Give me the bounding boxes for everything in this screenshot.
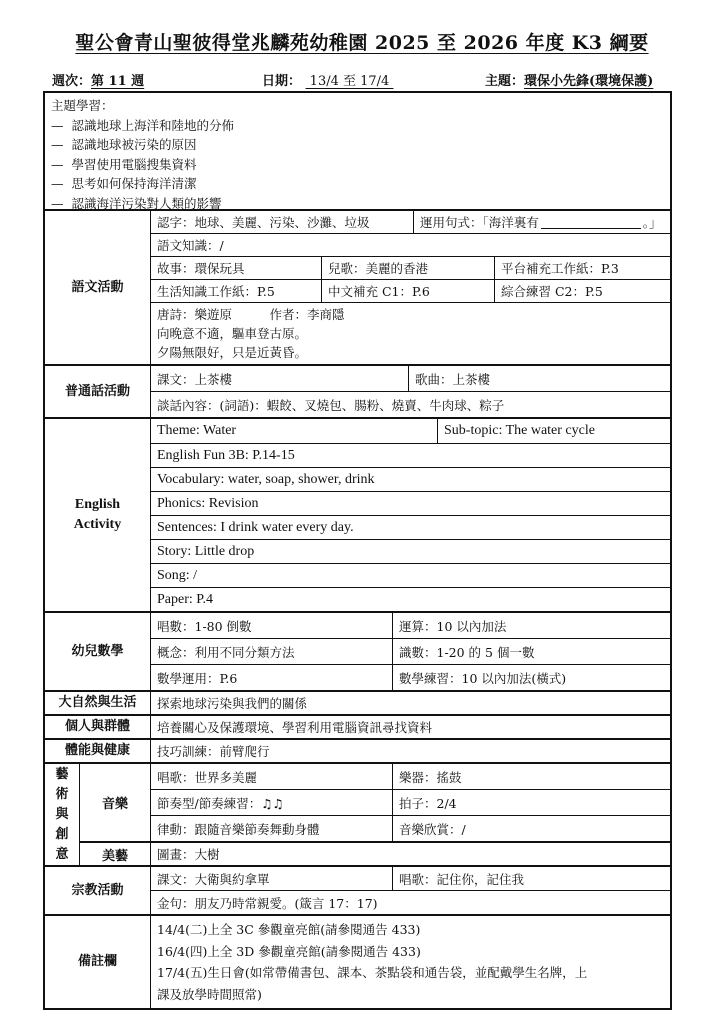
putonghua-text: 課文：上茶樓: [151, 366, 408, 391]
remark-item: 課及放學時間照常): [157, 984, 262, 1006]
remark-item: 16/4(四)上全 3D 參觀童亮館(請參閱通告 433): [157, 941, 421, 963]
arts-section: 藝 術 與 創 意 音樂 唱歌：世界多美麗 樂器：搖鼓 節奏型/節奏練習：♫♫ …: [45, 762, 670, 865]
math-section: 幼兒數學 唱數：1-80 倒數 運算：10 以內加法 概念：利用不同分類方法 識…: [45, 611, 670, 690]
putonghua-song: 歌曲：上茶樓: [408, 366, 670, 391]
theme-item: — 認識地球上海洋和陸地的分佈: [51, 116, 234, 136]
week-label: 週次：: [52, 74, 91, 89]
nature-text: 探索地球污染與我們的關係: [151, 692, 313, 714]
math-label: 幼兒數學: [45, 613, 151, 690]
music-rhythm: 節奏型/節奏練習：♫♫: [151, 790, 392, 815]
arts-label: 藝 術 與 創 意: [45, 764, 80, 865]
english-book: English Fun 3B: P.14-15: [151, 444, 301, 467]
english-story: Story: Little drop: [151, 540, 260, 563]
week-field: 週次：第 11 週: [52, 70, 144, 89]
topic-field: 主題：環保小先鋒(環境保護): [485, 70, 653, 89]
date-field: 日期： 13/4 至 17/4: [262, 70, 393, 89]
syllabus-table: 主題學習： — 認識地球上海洋和陸地的分佈 — 認識地球被污染的原因 — 學習使…: [43, 91, 672, 1010]
poem-title: 唐詩：樂遊原 作者：李商隱: [157, 305, 345, 324]
document-title: 聖公會青山聖彼得堂兆麟苑幼稚園 2025 至 2026 年度 K3 綱要: [0, 28, 724, 55]
poem-line: 向晚意不適，驅車登古原。: [157, 324, 307, 343]
religion-verse: 金句：朋友乃時常親愛。(箴言 17：17): [151, 891, 384, 914]
chinese-sentence-pattern: 運用句式：「海洋裏有。」: [413, 211, 670, 233]
chinese-supplement-c1: 中文補充 C1：P.6: [321, 280, 494, 302]
english-subtopic: Sub-topic: The water cycle: [437, 419, 670, 443]
religion-label: 宗教活動: [45, 867, 151, 914]
religion-song: 唱歌：記住你，記住我: [392, 867, 670, 890]
theme-item: — 認識地球被污染的原因: [51, 135, 234, 155]
remark-item: 14/4(二)上全 3C 參觀童亮館(請參閱通告 433): [157, 919, 420, 941]
remarks-label: 備註欄: [45, 916, 151, 1008]
topic-value: 環保小先鋒(環境保護): [524, 74, 653, 89]
english-phonics: Phonics: Revision: [151, 492, 265, 515]
visual-arts-subsection: 美藝 圖畫：大樹: [80, 841, 670, 865]
remarks-list: 14/4(二)上全 3C 參觀童亮館(請參閱通告 433) 16/4(四)上全 …: [151, 916, 593, 1008]
remark-item: 17/4(五)生日會(如常帶備書包、課本、茶點袋和通告袋，並配戴學生名牌，上: [157, 962, 587, 984]
music-beat: 拍子：2/4: [392, 790, 670, 815]
chinese-words: 認字：地球、美麗、污染、沙灘、垃圾: [151, 211, 413, 233]
english-paper: Paper: P.4: [151, 588, 219, 611]
english-section: EnglishActivity Theme: Water Sub-topic: …: [45, 417, 670, 611]
chinese-label: 語文活動: [45, 211, 151, 364]
date-label: 日期：: [262, 74, 301, 89]
chinese-life-worksheet: 生活知識工作紙：P.5: [151, 280, 321, 302]
english-song: Song: /: [151, 564, 203, 587]
music-song: 唱歌：世界多美麗: [151, 764, 392, 789]
topic-label: 主題：: [485, 74, 524, 89]
personal-section: 個人與群體 培養關心及保護環境、學習利用電腦資訊尋找資料: [45, 714, 670, 738]
math-counting: 唱數：1-80 倒數: [151, 613, 392, 638]
music-appreciation: 音樂欣賞：/: [392, 816, 670, 841]
chinese-rhyme: 兒歌：美麗的香港: [321, 257, 494, 279]
english-label: EnglishActivity: [45, 419, 151, 611]
putonghua-talk: 談話內容：(詞語)：蝦餃、叉燒包、腸粉、燒賣、牛肉球、粽子: [151, 392, 510, 417]
nature-label: 大自然與生活: [45, 692, 151, 714]
physical-text: 技巧訓練：前臂爬行: [151, 740, 276, 762]
math-concept: 概念：利用不同分類方法: [151, 639, 392, 664]
theme-learning-section: 主題學習： — 認識地球上海洋和陸地的分佈 — 認識地球被污染的原因 — 學習使…: [45, 93, 670, 209]
theme-learning-heading: 主題學習：: [51, 96, 234, 116]
math-practice: 數學練習：10 以內加法(橫式): [392, 665, 670, 690]
music-instrument: 樂器：搖鼓: [392, 764, 670, 789]
theme-item: — 學習使用電腦搜集資料: [51, 155, 234, 175]
religion-text: 課文：大衛與約拿單: [151, 867, 392, 890]
putonghua-section: 普通話活動 課文：上茶樓 歌曲：上茶樓 談話內容：(詞語)：蝦餃、叉燒包、腸粉、…: [45, 364, 670, 417]
chinese-poem: 唐詩：樂遊原 作者：李商隱 向晚意不適，驅車登古原。 夕陽無限好，只是近黃昏。: [151, 303, 351, 364]
music-movement: 律動：跟隨音樂節奏舞動身體: [151, 816, 392, 841]
math-operation: 運算：10 以內加法: [392, 613, 670, 638]
visual-arts-drawing: 圖畫：大樹: [151, 843, 226, 865]
personal-text: 培養關心及保護環境、學習利用電腦資訊尋找資料: [151, 716, 438, 738]
chinese-section: 語文活動 認字：地球、美麗、污染、沙灘、垃圾 運用句式：「海洋裏有。」 語文知識…: [45, 209, 670, 364]
remarks-section: 備註欄 14/4(二)上全 3C 參觀童亮館(請參閱通告 433) 16/4(四…: [45, 914, 670, 1008]
music-subsection: 音樂 唱歌：世界多美麗 樂器：搖鼓 節奏型/節奏練習：♫♫ 拍子：2/4 律動：…: [80, 764, 670, 841]
chinese-platform-worksheet: 平台補充工作紙：P.3: [494, 257, 670, 279]
putonghua-label: 普通話活動: [45, 366, 151, 417]
date-value: 13/4 至 17/4: [306, 74, 394, 89]
math-number-sense: 識數：1-20 的 5 個一數: [392, 639, 670, 664]
religion-section: 宗教活動 課文：大衛與約拿單 唱歌：記住你，記住我 金句：朋友乃時常親愛。(箴言…: [45, 865, 670, 914]
theme-item: — 思考如何保持海洋清潔: [51, 174, 234, 194]
chinese-exercise-c2: 綜合練習 C2：P.5: [494, 280, 670, 302]
english-sentences: Sentences: I drink water every day.: [151, 516, 360, 539]
poem-line: 夕陽無限好，只是近黃昏。: [157, 343, 307, 362]
sentence-blank: [541, 216, 641, 229]
english-theme: Theme: Water: [151, 419, 437, 443]
personal-label: 個人與群體: [45, 716, 151, 738]
music-label: 音樂: [80, 764, 151, 841]
physical-section: 體能與健康 技巧訓練：前臂爬行: [45, 738, 670, 762]
chinese-story: 故事：環保玩具: [151, 257, 321, 279]
math-application: 數學運用：P.6: [151, 665, 392, 690]
nature-section: 大自然與生活 探索地球污染與我們的關係: [45, 690, 670, 714]
visual-arts-label: 美藝: [80, 843, 151, 865]
english-vocabulary: Vocabulary: water, soap, shower, drink: [151, 468, 381, 491]
week-value: 第 11 週: [91, 74, 144, 89]
chinese-knowledge: 語文知識：/: [151, 234, 230, 256]
physical-label: 體能與健康: [45, 740, 151, 762]
